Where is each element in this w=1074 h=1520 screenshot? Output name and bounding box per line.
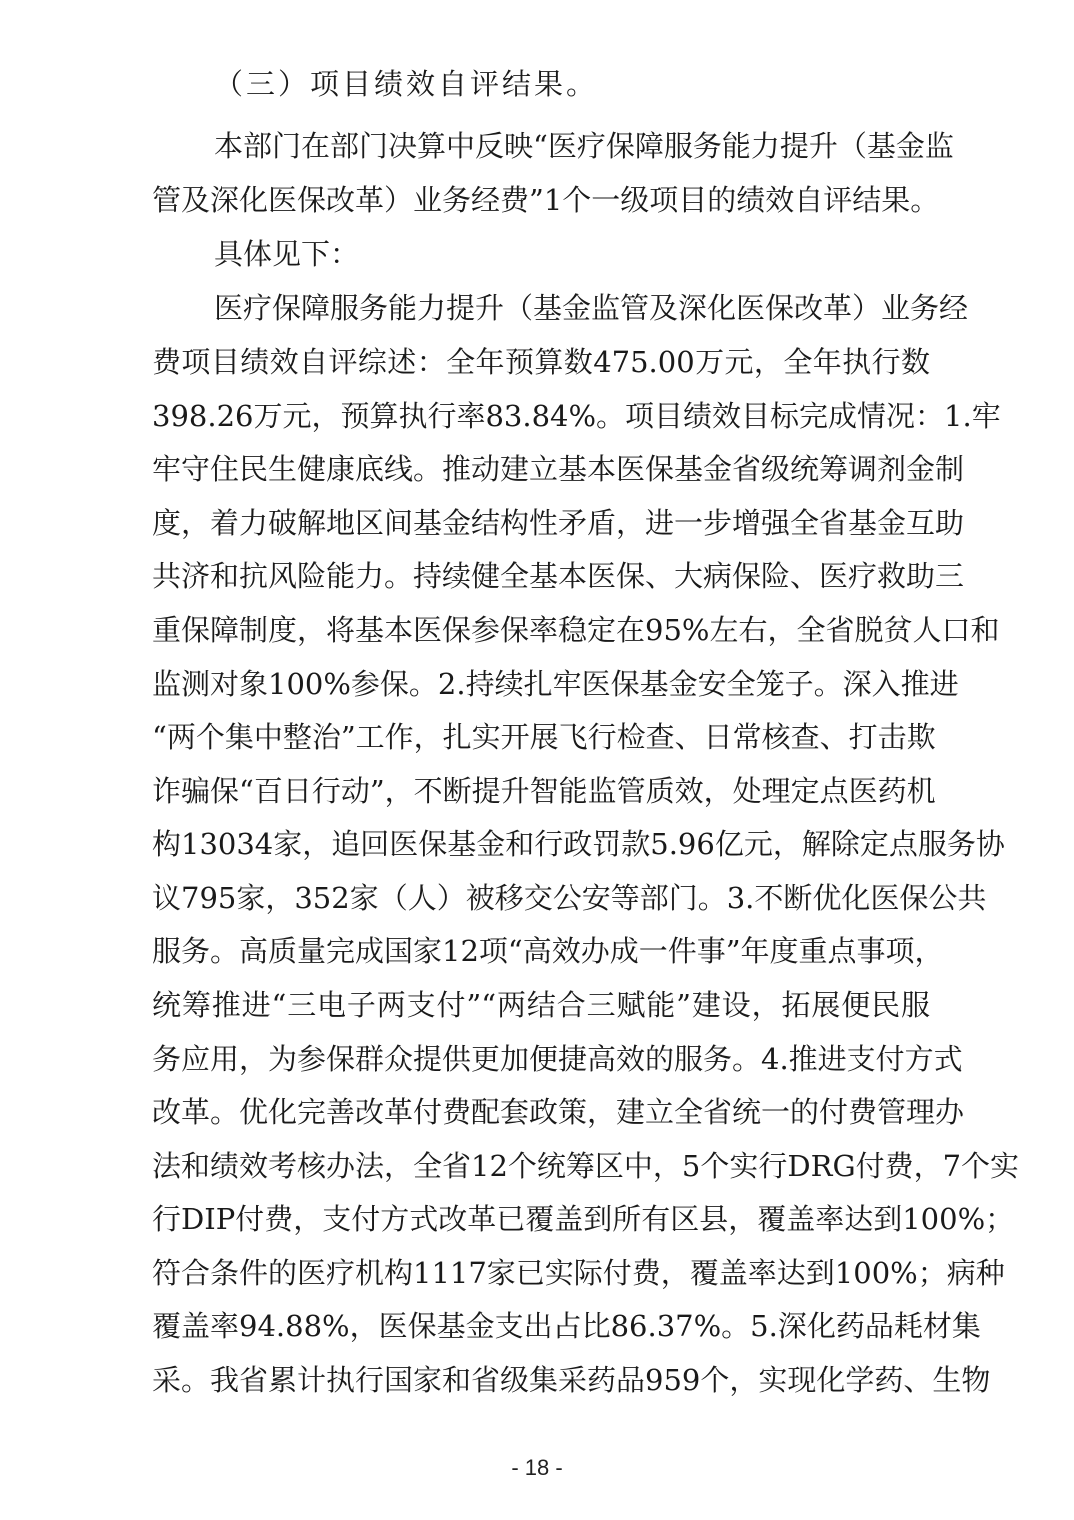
paragraph-line: 符合条件的医疗机构1117家已实际付费，覆盖率达到100%；病种 bbox=[152, 1253, 930, 1293]
paragraph-line: 管及深化医保改革）业务经费”1个一级项目的绩效自评结果。 bbox=[152, 180, 930, 220]
paragraph-line: 覆盖率94.88%，医保基金支出占比86.37%。5.深化药品耗材集 bbox=[152, 1306, 930, 1346]
paragraph-line: 本部门在部门决算中反映“医疗保障服务能力提升（基金监 bbox=[214, 126, 930, 166]
document-page: （三）项目绩效自评结果。 本部门在部门决算中反映“医疗保障服务能力提升（基金监 … bbox=[0, 0, 1074, 1520]
paragraph-line: 改革。优化完善改革付费配套政策，建立全省统一的付费管理办 bbox=[152, 1092, 930, 1132]
paragraph-line: 行DIP付费，支付方式改革已覆盖到所有区县，覆盖率达到100%； bbox=[152, 1199, 930, 1239]
paragraph-line: 诈骗保“百日行动”，不断提升智能监管质效，处理定点医药机 bbox=[152, 771, 930, 811]
paragraph-line: 监测对象100%参保。2.持续扎牢医保基金安全笼子。深入推进 bbox=[152, 664, 930, 704]
paragraph-line: 重保障制度，将基本医保参保率稳定在95%左右，全省脱贫人口和 bbox=[152, 610, 930, 650]
paragraph-line: 具体见下： bbox=[214, 234, 930, 274]
paragraph-line: 法和绩效考核办法，全省12个统筹区中，5个实行DRG付费，7个实 bbox=[152, 1146, 930, 1186]
paragraph-line: 构13034家，追回医保基金和行政罚款5.96亿元，解除定点服务协 bbox=[152, 824, 930, 864]
paragraph-line: 统筹推进“三电子两支付”“两结合三赋能”建设，拓展便民服 bbox=[152, 985, 930, 1025]
section-heading: （三）项目绩效自评结果。 bbox=[214, 64, 598, 104]
page-number: - 18 - bbox=[0, 1455, 1074, 1481]
paragraph-line: 398.26万元，预算执行率83.84%。项目绩效目标完成情况：1.牢 bbox=[152, 396, 930, 436]
paragraph-line: 牢守住民生健康底线。推动建立基本医保基金省级统筹调剂金制 bbox=[152, 449, 930, 489]
paragraph-line: “两个集中整治”工作，扎实开展飞行检查、日常核查、打击欺 bbox=[152, 717, 930, 757]
paragraph-line: 服务。高质量完成国家12项“高效办成一件事”年度重点事项， bbox=[152, 931, 930, 971]
paragraph-line: 医疗保障服务能力提升（基金监管及深化医保改革）业务经 bbox=[214, 288, 930, 328]
paragraph-line: 度，着力破解地区间基金结构性矛盾，进一步增强全省基金互助 bbox=[152, 503, 930, 543]
paragraph-line: 费项目绩效自评综述：全年预算数475.00万元，全年执行数 bbox=[152, 342, 930, 382]
paragraph-line: 务应用，为参保群众提供更加便捷高效的服务。4.推进支付方式 bbox=[152, 1039, 930, 1079]
paragraph-line: 采。我省累计执行国家和省级集采药品959个，实现化学药、生物 bbox=[152, 1360, 930, 1400]
paragraph-line: 议795家，352家（人）被移交公安等部门。3.不断优化医保公共 bbox=[152, 878, 930, 918]
paragraph-line: 共济和抗风险能力。持续健全基本医保、大病保险、医疗救助三 bbox=[152, 556, 930, 596]
